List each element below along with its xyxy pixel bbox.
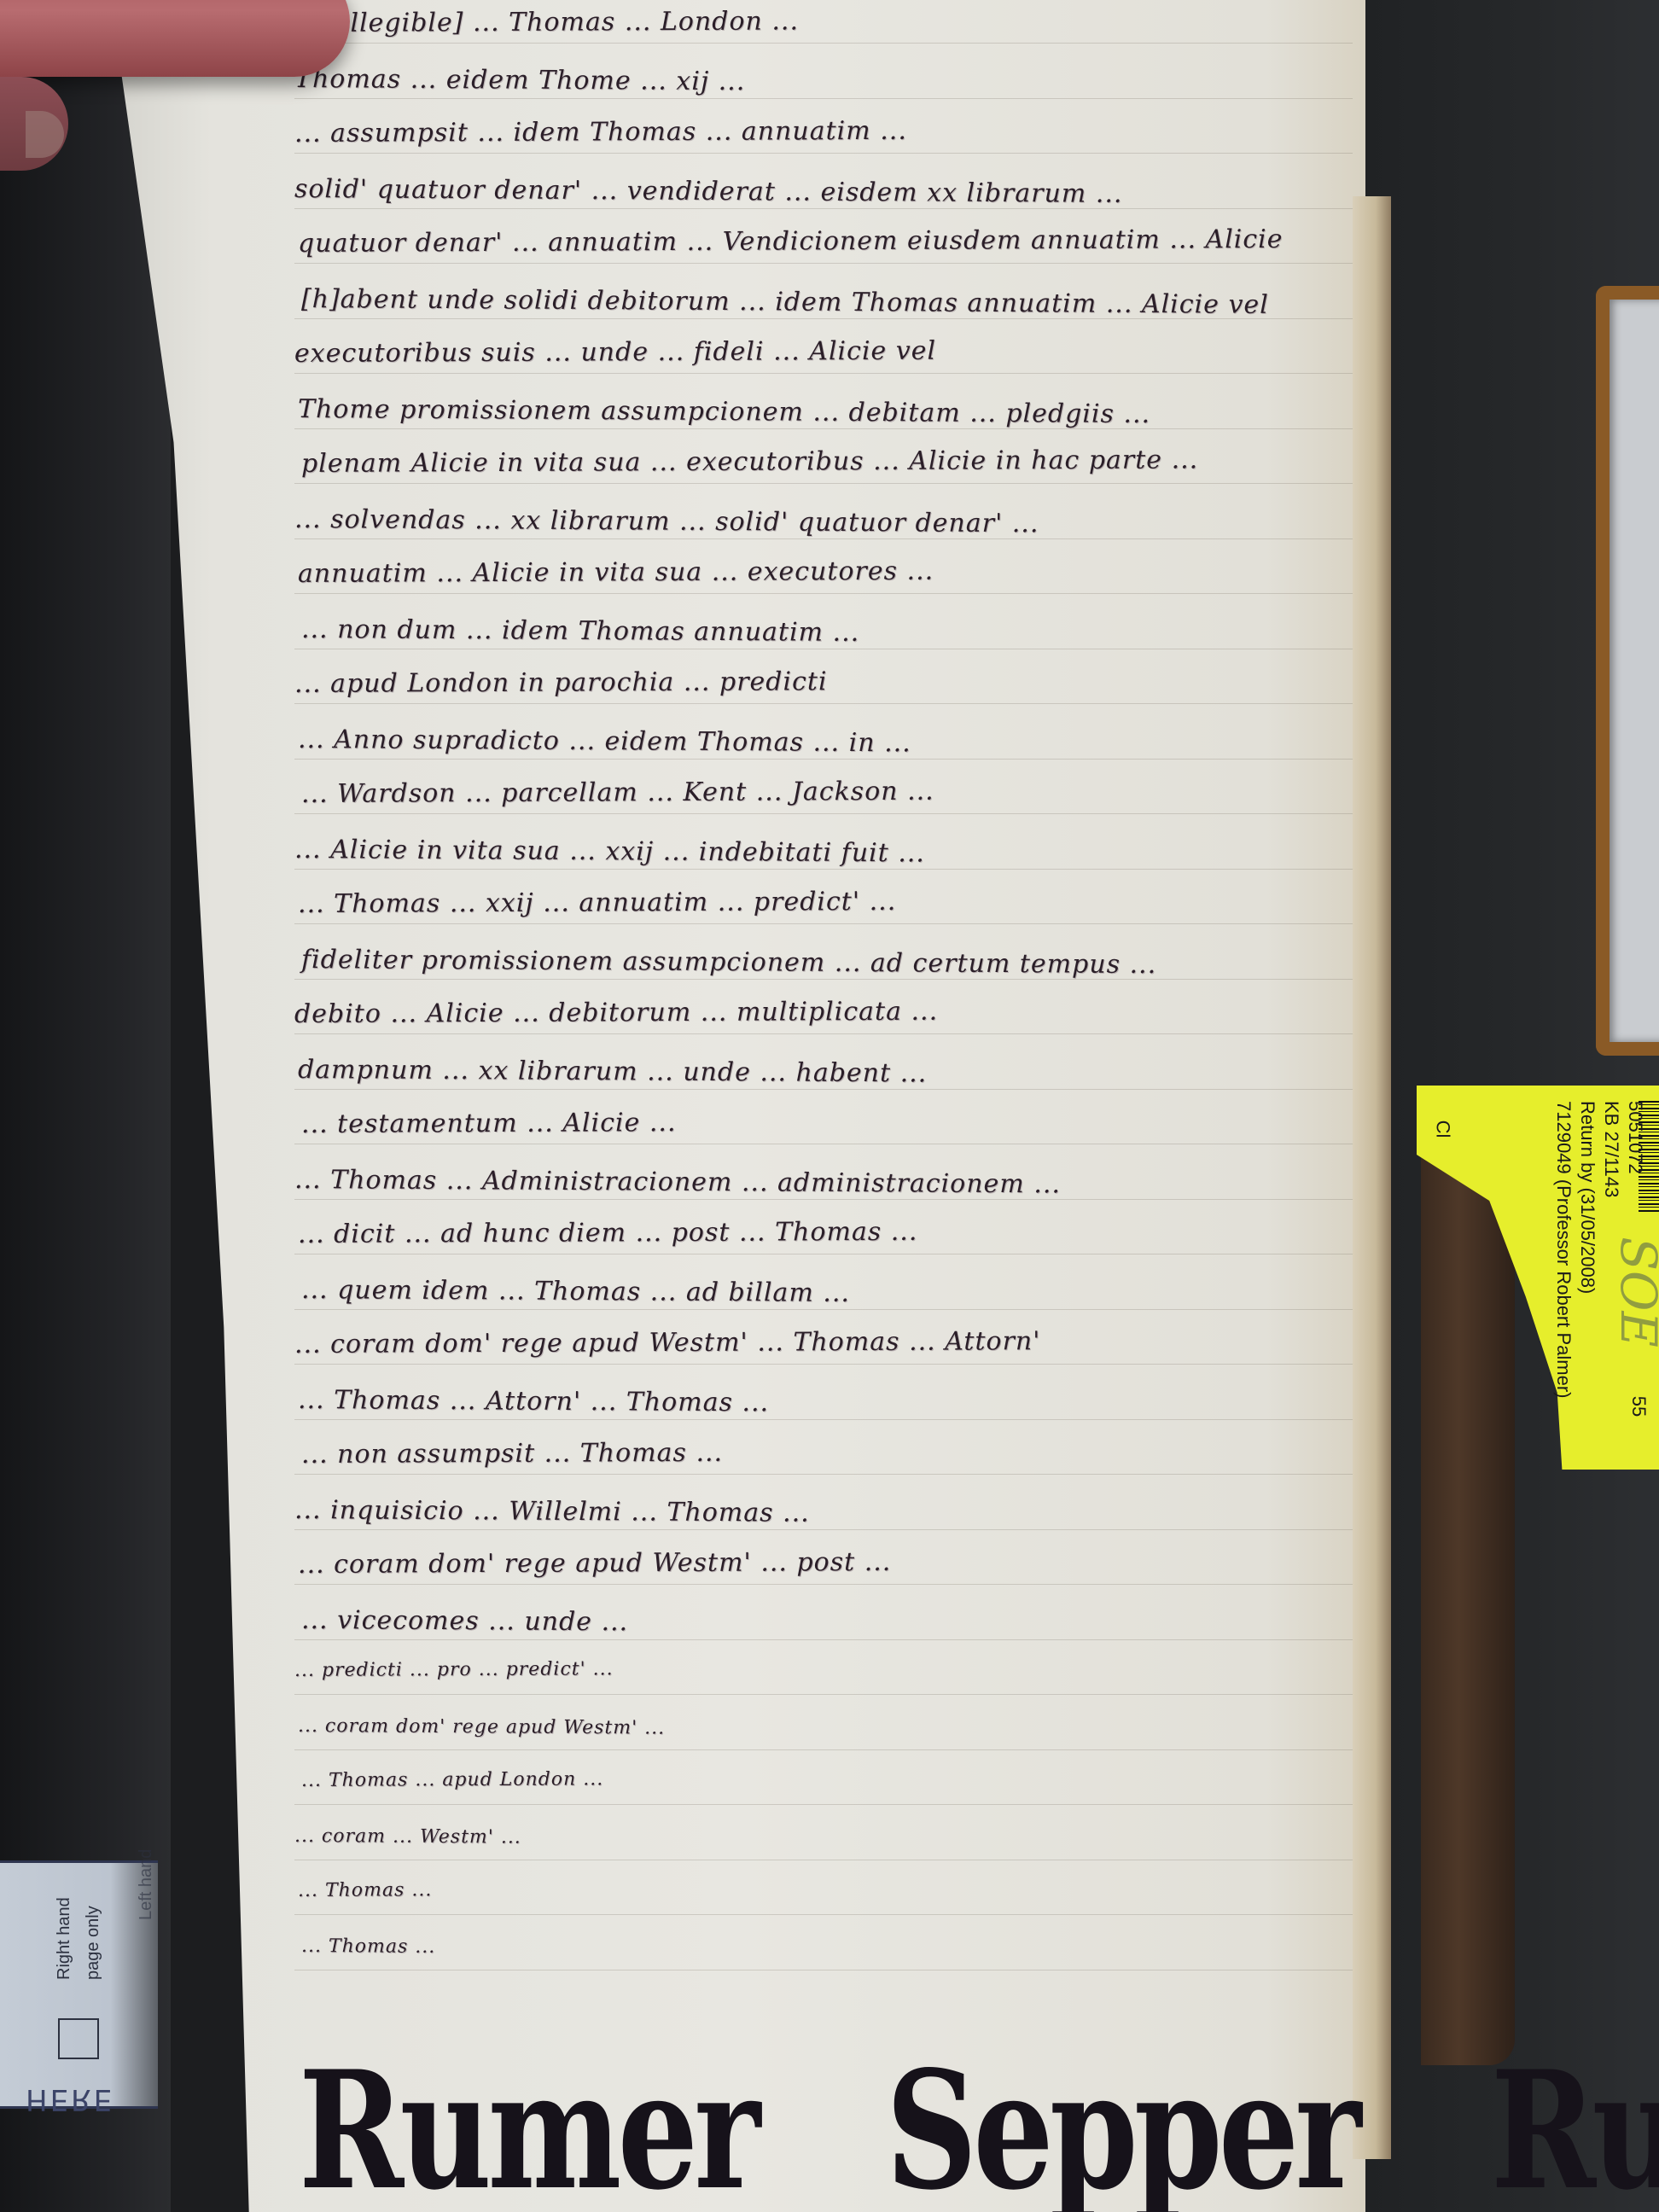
manuscript-line: ... Alicie in vita sua ... xxij ... inde… — [294, 835, 925, 869]
ruled-line — [294, 98, 1353, 99]
manuscript-line: ... predicti ... pro ... predict' ... — [294, 1658, 614, 1681]
page-marker-partial-label: Left hand — [137, 1849, 156, 1920]
manuscript-line: ... Thomas ... Attorn' ... Thomas ... — [298, 1385, 769, 1417]
manuscript-line: ... non assumpsit ... Thomas ... — [301, 1438, 723, 1470]
display-word: Rumer — [1491, 2050, 1659, 2212]
wooden-frame — [1596, 286, 1659, 1056]
ruled-line — [294, 208, 1353, 209]
ruled-line — [294, 813, 1353, 814]
manuscript-line: quatuor denar' ... annuatim ... Vendicio… — [298, 224, 1284, 259]
ruled-line — [294, 1199, 1353, 1200]
manuscript-line: ... coram dom' rege apud Westm' ... post… — [298, 1547, 891, 1580]
ruled-line — [294, 43, 1353, 44]
ruled-line — [294, 759, 1353, 760]
manuscript-line: ... Thomas ... — [298, 1879, 432, 1901]
manuscript-line: ... Thomas ... xxij ... annuatim ... pre… — [298, 887, 896, 919]
ruled-line — [294, 1309, 1353, 1310]
slip-page-number: 55 — [1627, 1396, 1650, 1417]
manuscript-text: ... [illegible] ... Thomas ... London ..… — [294, 0, 1353, 2031]
ruled-line — [294, 869, 1353, 870]
slip-partial-text: Cl — [1431, 1121, 1453, 1138]
manuscript-line: plenam Alicie in vita sua ... executorib… — [301, 445, 1198, 479]
manuscript-line: ... Thomas ... — [301, 1935, 435, 1958]
ruled-line — [294, 1144, 1353, 1144]
ruled-line — [294, 1694, 1353, 1695]
ruled-line — [294, 483, 1353, 484]
manuscript-line: [h]abent unde solidi debitorum ... idem … — [301, 284, 1269, 320]
ruled-line — [294, 1749, 1353, 1750]
slip-line-return: Return by (31/05/2008) — [1575, 1101, 1599, 1493]
ruled-line — [294, 428, 1353, 429]
ruled-line — [294, 979, 1353, 980]
label-line: Right hand — [49, 1860, 79, 1980]
manuscript-line: ... coram dom' rege apud Westm' ... Thom… — [294, 1326, 1041, 1359]
ruled-line — [294, 153, 1353, 154]
manuscript-line: ... assumpsit ... idem Thomas ... annuat… — [294, 116, 907, 148]
label-line: page only — [79, 1860, 108, 1980]
ruled-line — [294, 1529, 1353, 1530]
ruled-line — [294, 1639, 1353, 1640]
ruled-line — [294, 1419, 1353, 1420]
manuscript-line: ... Wardson ... parcellam ... Kent ... J… — [301, 777, 934, 809]
ruled-line — [294, 593, 1353, 594]
manuscript-line: ... [illegible] ... Thomas ... London ..… — [294, 6, 799, 38]
ruled-line — [294, 1860, 1353, 1860]
manuscript-line: ... quem idem ... Thomas ... ad billam .… — [301, 1275, 850, 1308]
ruled-line — [294, 923, 1353, 924]
ruled-line — [294, 649, 1353, 649]
ruled-line — [294, 1364, 1353, 1365]
page-marker-label: Right hand page only — [49, 1860, 108, 1980]
ruled-line — [294, 1914, 1353, 1915]
manuscript-line: solid' quatuor denar' ... vendiderat ...… — [294, 174, 1123, 209]
manuscript-line: Thome promissionem assumpcionem ... debi… — [298, 394, 1150, 429]
manuscript-line: ... solvendas ... xx librarum ... solid'… — [294, 504, 1039, 538]
checkbox-icon — [58, 2018, 99, 2059]
ruled-line — [294, 1089, 1353, 1090]
ruled-line — [294, 263, 1353, 264]
ruled-line — [294, 1970, 1353, 1970]
manuscript-line: executoribus suis ... unde ... fideli ..… — [294, 336, 936, 369]
display-word: Rumer — [299, 2050, 757, 2212]
ruled-line — [294, 1584, 1353, 1585]
ruled-line — [294, 703, 1353, 704]
ruled-line — [294, 538, 1353, 539]
ruled-line — [294, 373, 1353, 374]
parchment-edge — [1353, 196, 1391, 2159]
manuscript-line: ... Thomas ... apud London ... — [301, 1768, 603, 1791]
manuscript-line: ... Thomas ... Administracionem ... admi… — [294, 1165, 1061, 1199]
slip-initials: SOE — [1610, 1237, 1659, 1348]
display-word: Sepper — [886, 2050, 1358, 2212]
ruled-line — [294, 1804, 1353, 1805]
manuscript-line: ... dicit ... ad hunc diem ... post ... … — [298, 1217, 918, 1249]
manuscript-line: ... vicecomes ... unde ... — [301, 1605, 628, 1637]
slip-line-reader: 7129049 (Professor Robert Palmer) — [1551, 1101, 1575, 1493]
handwritten-here-mark: HERE — [26, 2082, 114, 2116]
manuscript-line: ... coram dom' rege apud Westm' ... — [298, 1715, 665, 1739]
display-heading: Rumer Sepper Rumer — [299, 2040, 1391, 2212]
manuscript-line: ... Anno supradicto ... eidem Thomas ...… — [298, 725, 911, 758]
thumb — [0, 0, 350, 77]
manuscript-line: ... inquisicio ... Willelmi ... Thomas .… — [294, 1495, 810, 1528]
ruled-line — [294, 1033, 1353, 1034]
manuscript-line: ... apud London in parochia ... predicti — [294, 667, 828, 699]
leather-binding — [1421, 1109, 1515, 2065]
manuscript-line: ... testamentum ... Alicie ... — [301, 1108, 677, 1139]
manuscript-line: fideliter promissionem assumpcionem ... … — [301, 945, 1156, 980]
manuscript-line: ... coram ... Westm' ... — [294, 1825, 521, 1848]
ruled-line — [294, 1254, 1353, 1254]
manuscript-line: dampnum ... xx librarum ... unde ... hab… — [298, 1055, 927, 1089]
manuscript-line: ... non dum ... idem Thomas annuatim ... — [301, 614, 859, 648]
manuscript-line: annuatim ... Alicie in vita sua ... exec… — [298, 556, 934, 589]
manuscript-line: debito ... Alicie ... debitorum ... mult… — [294, 997, 938, 1029]
manuscript-line: Thomas ... eidem Thome ... xij ... — [294, 64, 746, 96]
ruled-line — [294, 1474, 1353, 1475]
